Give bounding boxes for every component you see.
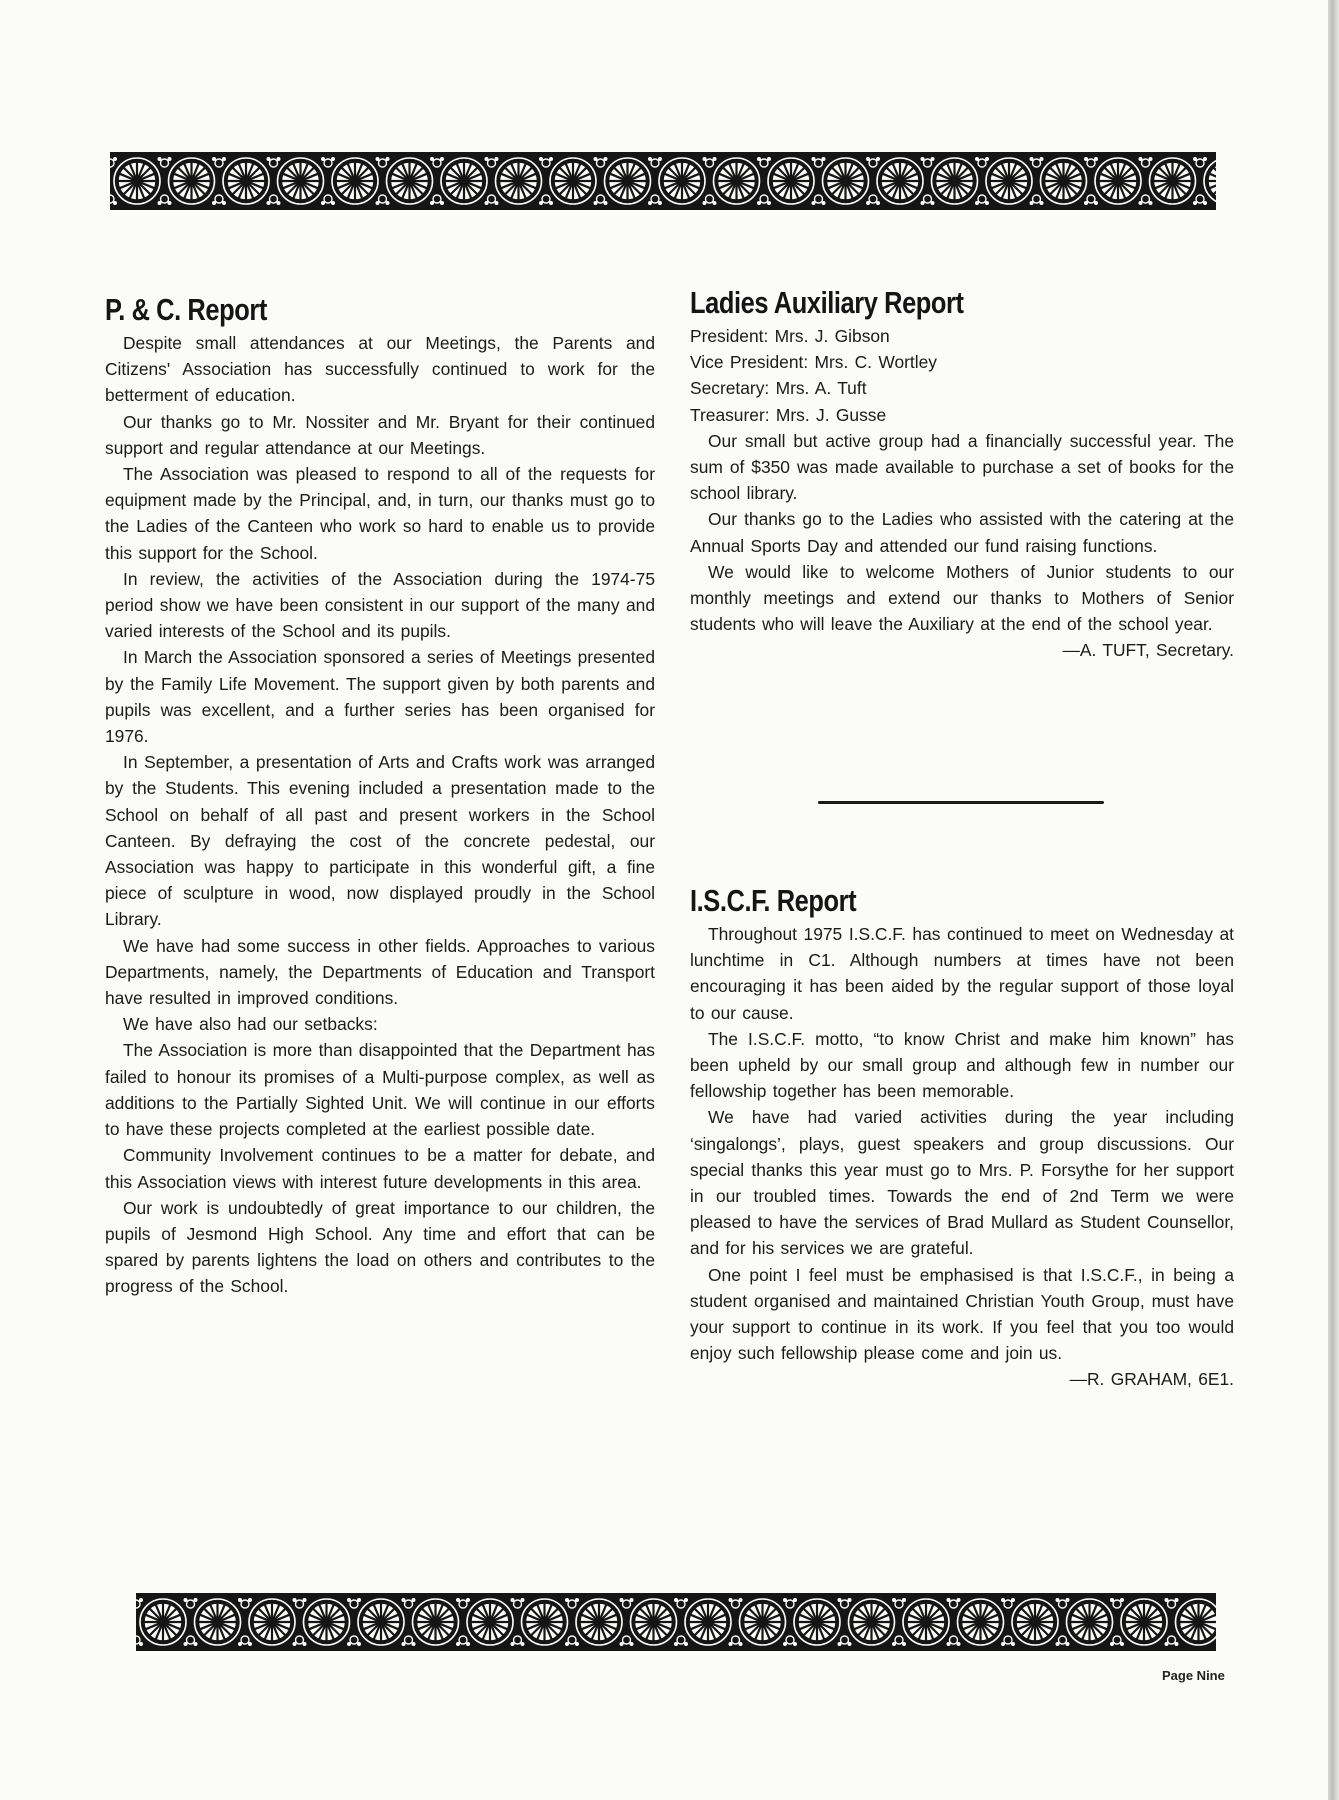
ladies-auxiliary-title: Ladies Auxiliary Report <box>690 285 1136 321</box>
wheel-rosette-border-icon <box>110 152 1216 210</box>
iscf-report-title: I.S.C.F. Report <box>690 883 1136 919</box>
ladies-auxiliary-paragraph: Our thanks go to the Ladies who assisted… <box>690 506 1234 558</box>
iscf-report-paragraph: We have had varied activities during the… <box>690 1104 1234 1261</box>
pc-report-paragraph: Community Involvement continues to be a … <box>105 1142 655 1194</box>
pc-report-section: P. & C. Report Despite small attendances… <box>105 292 655 1300</box>
iscf-report-signature: —R. GRAHAM, 6E1. <box>690 1366 1234 1392</box>
pc-report-paragraph: In review, the activities of the Associa… <box>105 566 655 645</box>
officer-line-president: President: Mrs. J. Gibson <box>690 323 1234 349</box>
pc-report-paragraph: The Association was pleased to respond t… <box>105 461 655 566</box>
ladies-auxiliary-paragraph: We would like to welcome Mothers of Juni… <box>690 559 1234 638</box>
pc-report-paragraph: In March the Association sponsored a ser… <box>105 644 655 749</box>
section-divider <box>818 801 1104 804</box>
pc-report-paragraph: Despite small attendances at our Meeting… <box>105 330 655 409</box>
wheel-rosette-border-icon <box>136 1593 1216 1651</box>
ladies-auxiliary-signature: —A. TUFT, Secretary. <box>690 637 1234 663</box>
page-edge-shadow <box>1328 0 1339 1800</box>
officer-line-vice-president: Vice President: Mrs. C. Wortley <box>690 349 1234 375</box>
iscf-report-paragraph: One point I feel must be emphasised is t… <box>690 1262 1234 1367</box>
top-ornamental-border <box>110 152 1216 210</box>
pc-report-paragraph: In September, a presentation of Arts and… <box>105 749 655 932</box>
pc-report-paragraph: The Association is more than disappointe… <box>105 1037 655 1142</box>
pc-report-paragraph: We have also had our setbacks: <box>105 1011 655 1037</box>
iscf-report-section: I.S.C.F. Report Throughout 1975 I.S.C.F.… <box>690 883 1234 1393</box>
ladies-auxiliary-section: Ladies Auxiliary Report President: Mrs. … <box>690 285 1234 664</box>
page-number: Page Nine <box>1162 1668 1225 1683</box>
pc-report-paragraph: Our work is undoubtedly of great importa… <box>105 1195 655 1300</box>
iscf-report-paragraph: The I.S.C.F. motto, “to know Christ and … <box>690 1026 1234 1105</box>
ladies-auxiliary-paragraph: Our small but active group had a financi… <box>690 428 1234 507</box>
pc-report-title: P. & C. Report <box>105 292 556 328</box>
officer-line-treasurer: Treasurer: Mrs. J. Gusse <box>690 402 1234 428</box>
officer-line-secretary: Secretary: Mrs. A. Tuft <box>690 375 1234 401</box>
bottom-ornamental-border <box>136 1593 1216 1651</box>
iscf-report-paragraph: Throughout 1975 I.S.C.F. has continued t… <box>690 921 1234 1026</box>
pc-report-paragraph: Our thanks go to Mr. Nossiter and Mr. Br… <box>105 409 655 461</box>
pc-report-paragraph: We have had some success in other fields… <box>105 933 655 1012</box>
